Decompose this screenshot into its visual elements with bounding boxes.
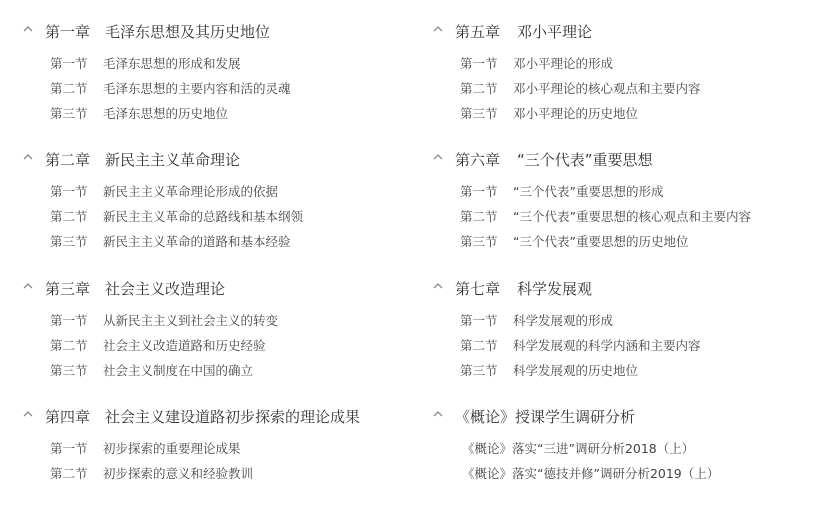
chapter-header[interactable]: 第六章 “三个代表”重要思想 bbox=[410, 147, 810, 171]
section-title[interactable]: 社会主义制度在中国的确立 bbox=[103, 361, 253, 379]
section-item[interactable]: 《概论》落实“德技并修”调研分析2019（上） bbox=[410, 461, 810, 483]
chevron-up-icon[interactable] bbox=[22, 280, 34, 292]
chapter-number: 第三章 bbox=[45, 278, 90, 299]
section-number: 第三节 bbox=[50, 104, 88, 122]
section-title[interactable]: 新民主主义革命理论形成的依据 bbox=[103, 182, 278, 200]
chapter-2: 第二章 新民主主义革命理论 第一节 新民主主义革命理论形成的依据 第二节 新民主… bbox=[0, 147, 400, 171]
section-title[interactable]: 科学发展观的形成 bbox=[513, 311, 613, 329]
section-item[interactable]: 第三节 社会主义制度在中国的确立 bbox=[0, 358, 400, 380]
section-item[interactable]: 第一节 科学发展观的形成 bbox=[410, 308, 810, 330]
section-item[interactable]: 第三节 “三个代表”重要思想的历史地位 bbox=[410, 229, 810, 251]
section-title[interactable]: 初步探索的意义和经验教训 bbox=[103, 464, 253, 482]
chapter-header[interactable]: 第三章 社会主义改造理论 bbox=[0, 276, 400, 300]
chapter-title[interactable]: 毛泽东思想及其历史地位 bbox=[105, 21, 270, 42]
chapter-title[interactable]: 科学发展观 bbox=[517, 278, 592, 299]
chapter-header[interactable]: 第四章 社会主义建设道路初步探索的理论成果 bbox=[0, 404, 400, 428]
chapter-title[interactable]: “三个代表”重要思想 bbox=[517, 149, 653, 170]
section-title[interactable]: 新民主主义革命的道路和基本经验 bbox=[103, 232, 291, 250]
section-item[interactable]: 第一节 新民主主义革命理论形成的依据 bbox=[0, 179, 400, 201]
section-title[interactable]: 邓小平理论的历史地位 bbox=[513, 104, 638, 122]
chapter-number: 第四章 bbox=[45, 406, 90, 427]
section-number: 第三节 bbox=[50, 361, 88, 379]
chapter-header[interactable]: 第七章 科学发展观 bbox=[410, 276, 810, 300]
chapter-title[interactable]: 新民主主义革命理论 bbox=[105, 149, 240, 170]
chapter-4: 第四章 社会主义建设道路初步探索的理论成果 第一节 初步探索的重要理论成果 第二… bbox=[0, 404, 400, 428]
section-number: 第一节 bbox=[460, 311, 498, 329]
section-title[interactable]: 《概论》落实“三进”调研分析2018（上） bbox=[462, 439, 694, 457]
section-title[interactable]: 毛泽东思想的形成和发展 bbox=[103, 54, 241, 72]
chapter-title[interactable]: 《概论》授课学生调研分析 bbox=[455, 406, 635, 427]
section-title[interactable]: 新民主主义革命的总路线和基本纲领 bbox=[103, 207, 303, 225]
chevron-up-icon[interactable] bbox=[22, 151, 34, 163]
chevron-up-icon[interactable] bbox=[432, 280, 444, 292]
section-title[interactable]: 《概论》落实“德技并修”调研分析2019（上） bbox=[462, 464, 719, 482]
section-number: 第三节 bbox=[50, 232, 88, 250]
section-number: 第三节 bbox=[460, 232, 498, 250]
section-title[interactable]: 科学发展观的科学内涵和主要内容 bbox=[513, 336, 701, 354]
chapter-header[interactable]: 第五章 邓小平理论 bbox=[410, 19, 810, 43]
section-item[interactable]: 第三节 新民主主义革命的道路和基本经验 bbox=[0, 229, 400, 251]
section-item[interactable]: 第二节 科学发展观的科学内涵和主要内容 bbox=[410, 333, 810, 355]
section-item[interactable]: 第二节 邓小平理论的核心观点和主要内容 bbox=[410, 76, 810, 98]
chapter-7: 第七章 科学发展观 第一节 科学发展观的形成 第二节 科学发展观的科学内涵和主要… bbox=[410, 276, 810, 300]
section-title[interactable]: 社会主义改造道路和历史经验 bbox=[103, 336, 266, 354]
chapter-6: 第六章 “三个代表”重要思想 第一节 “三个代表”重要思想的形成 第二节 “三个… bbox=[410, 147, 810, 171]
section-item[interactable]: 第一节 初步探索的重要理论成果 bbox=[0, 436, 400, 458]
chevron-up-icon[interactable] bbox=[432, 23, 444, 35]
section-number: 第一节 bbox=[50, 311, 88, 329]
section-number: 第二节 bbox=[50, 207, 88, 225]
section-item[interactable]: 第二节 社会主义改造道路和历史经验 bbox=[0, 333, 400, 355]
chapter-5: 第五章 邓小平理论 第一节 邓小平理论的形成 第二节 邓小平理论的核心观点和主要… bbox=[410, 19, 810, 43]
chapter-number: 第六章 bbox=[455, 149, 500, 170]
section-item[interactable]: 《概论》落实“三进”调研分析2018（上） bbox=[410, 436, 810, 458]
chapter-number: 第二章 bbox=[45, 149, 90, 170]
chevron-up-icon[interactable] bbox=[22, 23, 34, 35]
section-number: 第二节 bbox=[50, 79, 88, 97]
section-number: 第二节 bbox=[50, 464, 88, 482]
chapter-3: 第三章 社会主义改造理论 第一节 从新民主主义到社会主义的转变 第二节 社会主义… bbox=[0, 276, 400, 300]
section-item[interactable]: 第三节 科学发展观的历史地位 bbox=[410, 358, 810, 380]
chapter-number: 第一章 bbox=[45, 21, 90, 42]
chevron-up-icon[interactable] bbox=[432, 408, 444, 420]
section-item[interactable]: 第一节 毛泽东思想的形成和发展 bbox=[0, 51, 400, 73]
chapter-survey-analysis: 《概论》授课学生调研分析 《概论》落实“三进”调研分析2018（上） 《概论》落… bbox=[410, 404, 810, 428]
chevron-up-icon[interactable] bbox=[432, 151, 444, 163]
chapter-header[interactable]: 第一章 毛泽东思想及其历史地位 bbox=[0, 19, 400, 43]
section-number: 第三节 bbox=[460, 361, 498, 379]
chapter-title[interactable]: 社会主义建设道路初步探索的理论成果 bbox=[105, 406, 360, 427]
section-title[interactable]: 毛泽东思想的历史地位 bbox=[103, 104, 228, 122]
section-title[interactable]: “三个代表”重要思想的核心观点和主要内容 bbox=[513, 207, 751, 225]
section-number: 第三节 bbox=[460, 104, 498, 122]
chapter-title[interactable]: 社会主义改造理论 bbox=[105, 278, 225, 299]
section-title[interactable]: 科学发展观的历史地位 bbox=[513, 361, 638, 379]
section-title[interactable]: 邓小平理论的核心观点和主要内容 bbox=[513, 79, 701, 97]
section-item[interactable]: 第一节 从新民主主义到社会主义的转变 bbox=[0, 308, 400, 330]
section-title[interactable]: 初步探索的重要理论成果 bbox=[103, 439, 241, 457]
chevron-up-icon[interactable] bbox=[22, 408, 34, 420]
section-item[interactable]: 第一节 邓小平理论的形成 bbox=[410, 51, 810, 73]
chapter-header[interactable]: 第二章 新民主主义革命理论 bbox=[0, 147, 400, 171]
chapter-1: 第一章 毛泽东思想及其历史地位 第一节 毛泽东思想的形成和发展 第二节 毛泽东思… bbox=[0, 19, 400, 43]
section-item[interactable]: 第一节 “三个代表”重要思想的形成 bbox=[410, 179, 810, 201]
section-number: 第二节 bbox=[50, 336, 88, 354]
section-number: 第一节 bbox=[50, 54, 88, 72]
section-number: 第二节 bbox=[460, 336, 498, 354]
section-title[interactable]: 毛泽东思想的主要内容和活的灵魂 bbox=[103, 79, 291, 97]
section-number: 第一节 bbox=[460, 182, 498, 200]
section-item[interactable]: 第三节 邓小平理论的历史地位 bbox=[410, 101, 810, 123]
section-item[interactable]: 第二节 毛泽东思想的主要内容和活的灵魂 bbox=[0, 76, 400, 98]
section-item[interactable]: 第二节 “三个代表”重要思想的核心观点和主要内容 bbox=[410, 204, 810, 226]
section-item[interactable]: 第三节 毛泽东思想的历史地位 bbox=[0, 101, 400, 123]
chapter-number: 第七章 bbox=[455, 278, 500, 299]
section-number: 第二节 bbox=[460, 207, 498, 225]
chapter-number: 第五章 bbox=[455, 21, 500, 42]
section-title[interactable]: “三个代表”重要思想的形成 bbox=[513, 182, 663, 200]
section-number: 第一节 bbox=[50, 439, 88, 457]
section-title[interactable]: 邓小平理论的形成 bbox=[513, 54, 613, 72]
section-item[interactable]: 第二节 初步探索的意义和经验教训 bbox=[0, 461, 400, 483]
section-item[interactable]: 第二节 新民主主义革命的总路线和基本纲领 bbox=[0, 204, 400, 226]
section-number: 第一节 bbox=[460, 54, 498, 72]
section-title[interactable]: 从新民主主义到社会主义的转变 bbox=[103, 311, 278, 329]
chapter-title[interactable]: 邓小平理论 bbox=[517, 21, 592, 42]
chapter-header[interactable]: 《概论》授课学生调研分析 bbox=[410, 404, 810, 428]
section-title[interactable]: “三个代表”重要思想的历史地位 bbox=[513, 232, 688, 250]
section-number: 第二节 bbox=[460, 79, 498, 97]
section-number: 第一节 bbox=[50, 182, 88, 200]
